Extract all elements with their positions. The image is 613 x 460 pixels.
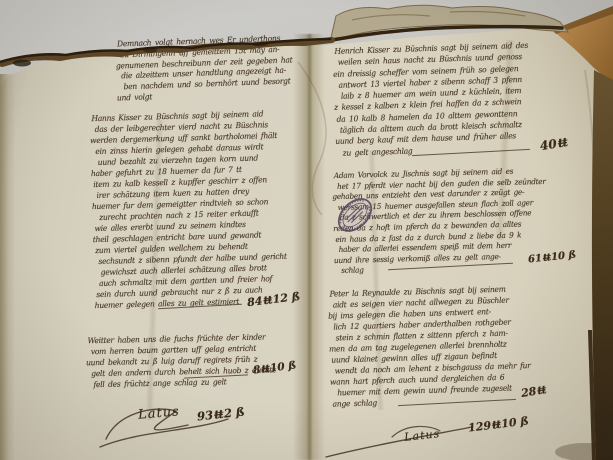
left-paragraph-2: Hanns Kisser zu Büschnis sagt bij seinem… (91, 107, 311, 311)
folio-number: 31 (581, 30, 594, 41)
latus-right: Latus (403, 422, 441, 445)
left-paragraph-3: Weitter haben uns die fuchs früchte der … (87, 331, 293, 390)
latus-left: Latus (137, 400, 180, 423)
left-paragraph-1: Demnach volgt hernach wes Er underthonsz… (117, 33, 314, 105)
manuscript-photo: Demnach volgt hernach wes Er underthonsz… (0, 0, 613, 460)
left-page-deckle-edge (0, 74, 15, 460)
